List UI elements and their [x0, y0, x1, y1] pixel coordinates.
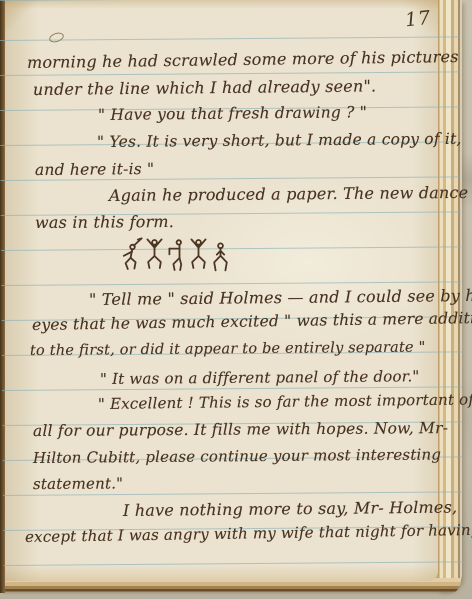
manuscript-line: statement."	[33, 474, 123, 493]
manuscript-photo: 17 morning he had scrawled some more of …	[0, 0, 472, 599]
dancing-man-figure	[188, 236, 209, 270]
manuscript-line: " It was on a different panel of the doo…	[100, 367, 420, 388]
page-number: 17	[404, 7, 432, 32]
manuscript-line: and here it-is "	[35, 160, 154, 179]
dancing-man-figure	[144, 236, 165, 270]
manuscript-line: under the line which I had already seen"…	[33, 76, 376, 99]
manuscript-line: " Have you that fresh drawing ? "	[98, 103, 367, 124]
manuscript-line: Again he produced a paper. The new dance	[109, 183, 468, 205]
manuscript-line: Hilton Cubitt, please continue your most…	[33, 445, 441, 467]
manuscript-page: 17 morning he had scrawled some more of …	[5, 0, 438, 581]
dancing-men-row	[122, 236, 231, 273]
manuscript-line: " Yes. It is very short, but I made a co…	[97, 130, 462, 151]
dancing-man-figure	[166, 238, 187, 272]
manuscript-line: was in this form.	[35, 212, 174, 232]
manuscript-line: I have nothing more to say, Mr- Holmes,	[123, 498, 457, 520]
dancing-man-figure	[210, 239, 231, 273]
manuscript-line: " Tell me " said Holmes — and I could se…	[89, 286, 472, 309]
dancing-man-figure	[122, 237, 143, 271]
manuscript-line: all for our purpose. It fills me with ho…	[33, 419, 448, 440]
